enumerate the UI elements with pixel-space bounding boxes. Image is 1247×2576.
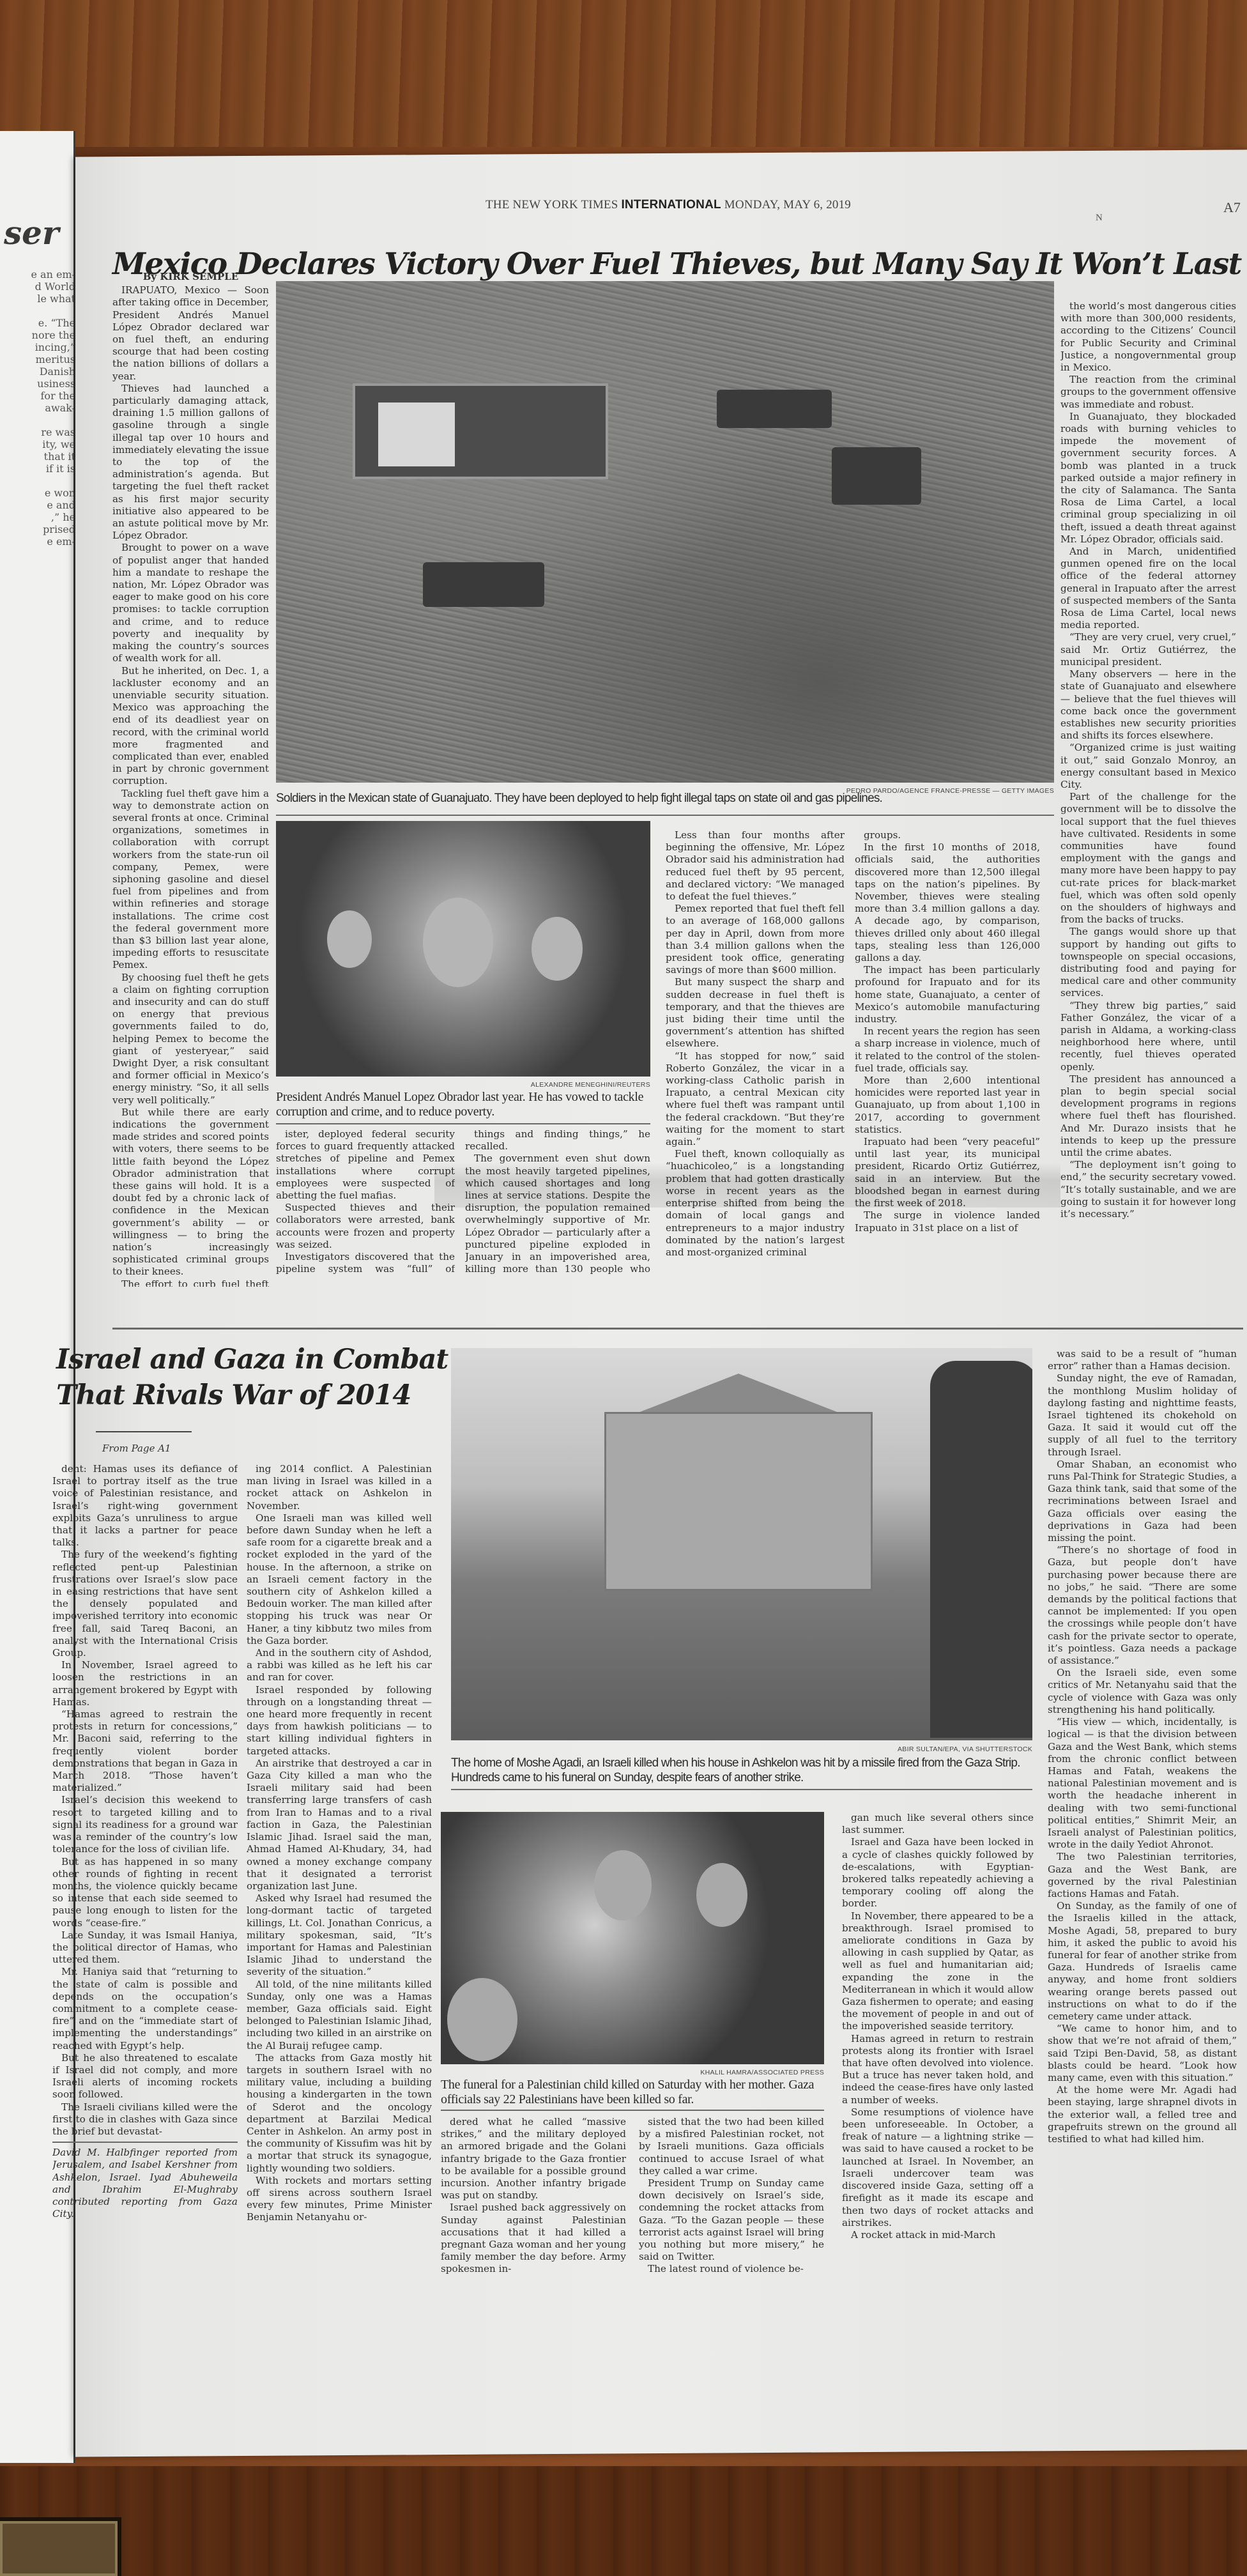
photo-credit-president: ALEXANDRE MENEGHINI/REUTERS [460,1081,650,1089]
facing-page-line: if it is [5,463,75,475]
facing-page-line: nore the [5,329,75,341]
article2-column-4: sisted that the two had been killed by a… [639,2116,824,2320]
paragraph: Less than four months after beginning th… [666,829,845,903]
paragraph: things and finding things,” he recalled. [465,1128,650,1153]
paragraph: dent: Hamas uses its defiance of Israel … [52,1463,238,1549]
paragraph: gan much like several others since last … [842,1812,1034,1836]
paragraph: And in March, unidentified gunmen opened… [1060,546,1236,631]
wooden-table-bottom [0,2466,1247,2576]
paragraph: Thieves had launched a particularly dama… [112,383,269,542]
paragraph: “His view — which, incidentally, is logi… [1048,1716,1237,1851]
paragraph: Tackling fuel theft gave him a way to de… [112,788,269,972]
paragraph: But as has happened in so many other rou… [52,1856,238,1929]
paragraph: sisted that the two had been killed by a… [639,2116,824,2177]
article2-headline: Israel and Gaza in Combat That Rivals Wa… [56,1342,452,1413]
photo-face [532,917,583,981]
paragraph: In recent years the region has seen a sh… [855,1025,1040,1075]
paragraph: Many observers — here in the state of Gu… [1060,668,1236,742]
paragraph: All told, of the nine militants killed S… [247,1979,432,2052]
paragraph: A rocket attack in mid-March [842,2229,1034,2241]
photo-caption-president: President Andrés Manuel Lopez Obrador la… [276,1090,653,1119]
photo-soldiers-guanajuato [276,281,1054,783]
article1-column-3: things and finding things,” he recalled.… [465,1128,650,1275]
photo-house-building [604,1412,873,1591]
floor-tile [0,2517,121,2576]
facing-page-line: Danish [5,365,75,378]
article2-column-3: dered what he called “massive strikes,” … [441,2116,626,2320]
photo-truck [717,390,832,428]
paragraph: The government even shut down the most h… [465,1153,650,1275]
facing-page-line: prised [5,523,75,535]
facing-page-line: e em- [5,535,75,548]
paragraph: Israel pushed back aggressively on Sunda… [441,2202,626,2275]
paragraph: With rockets and mortars setting off sir… [247,2175,432,2224]
paragraph: Brought to power on a wave of populist a… [112,542,269,664]
paragraph: IRAPUATO, Mexico — Soon after taking off… [112,284,269,383]
facing-page-line [5,475,75,487]
paragraph: Israel’s decision this weekend to resort… [52,1794,238,1855]
section-divider [112,1328,1243,1330]
paragraph: “It has stopped for now,” said Roberto G… [666,1050,845,1149]
paragraph: Hamas agreed in return to restrain prote… [842,2033,1034,2106]
article2-column-6: was said to be a result of “human error”… [1048,1348,1237,2345]
facing-page-line: for the [5,390,75,402]
photo-house-ashkelon [451,1348,1032,1740]
facing-page-line: incing,” [5,341,75,353]
photo-tree [930,1361,1032,1738]
facing-page-line: re was [5,426,75,438]
paragraph: The two Palestinian territories, Gaza an… [1048,1851,1237,1900]
article1-byline: By KIRK SEMPLE [112,271,269,283]
paragraph: “Hamas agreed to restrain the protests i… [52,1708,238,1794]
paragraph: The Israeli civilians killed were the fi… [52,2101,238,2138]
article2-column-5: gan much like several others since last … [842,1812,1034,2323]
facing-page-line [5,414,75,426]
paragraph: dered what he called “massive strikes,” … [441,2116,626,2202]
article1-column-4: Less than four months after beginning th… [666,829,845,1276]
paragraph: “We came to honor him, and to show that … [1048,2023,1237,2084]
paragraph: “The deployment isn’t going to end,” the… [1060,1159,1236,1220]
paragraph: Investigators discovered that the pipeli… [276,1251,455,1275]
paragraph: The gangs would shore up that support by… [1060,926,1236,999]
photo-funeral-gaza [441,1812,824,2064]
paragraph: “There’s no shortage of food in Gaza, bu… [1048,1544,1237,1667]
photo-credit-house: ABIR SULTAN/EPA, VIA SHUTTERSTOCK [830,1745,1032,1753]
paragraph: Suspected thieves and their collaborator… [276,1202,455,1251]
photo-truck [832,447,921,505]
facing-page-line: d World [5,280,75,293]
facing-page-line: e won [5,487,75,499]
paragraph: The impact has been particularly profoun… [855,964,1040,1025]
paragraph: More than 2,600 intentional homicides we… [855,1075,1040,1136]
article1-col1-body: IRAPUATO, Mexico — Soon after taking off… [112,284,269,1287]
article2-col1-body: dent: Hamas uses its defiance of Israel … [52,1463,238,2138]
issue-date: MONDAY, MAY 6, 2019 [724,198,851,211]
paragraph: In Guanajuato, they blockaded roads with… [1060,411,1236,546]
caption-rule [451,1789,1032,1790]
paragraph: Pemex reported that fuel theft fell to a… [666,903,845,976]
column-rule [52,2142,238,2143]
wooden-table-top [0,0,1247,147]
photo-face [423,898,493,987]
paper-name: THE NEW YORK TIMES [486,198,618,211]
paragraph: Sunday night, the eve of Ramadan, the mo… [1048,1372,1237,1458]
facing-page-line: le what [5,293,75,305]
facing-page-line: e. “The [5,317,75,329]
paragraph: Omar Shaban, an economist who runs Pal-T… [1048,1459,1237,1544]
paragraph: But many suspect the sharp and sudden de… [666,976,845,1050]
paragraph: At the home were Mr. Agadi had been stay… [1048,2084,1237,2145]
facing-page-line: e an em- [5,268,75,280]
paragraph: Late Sunday, it was Ismail Haniya, the p… [52,1929,238,1966]
photo-credit-funeral: KHALIL HAMRA/ASSOCIATED PRESS [658,2069,824,2076]
facing-page-line: usiness [5,378,75,390]
paragraph: In November, Israel agreed to loosen the… [52,1659,238,1708]
paragraph: The reaction from the criminal groups to… [1060,374,1236,411]
photo-truck [423,562,544,607]
paragraph: Israel and Gaza have been locked in a cy… [842,1836,1034,1910]
paragraph: Some resumptions of violence have been u… [842,2106,1034,2229]
facing-page-headline-fragment: ser [4,214,59,252]
facing-page-line: meritus [5,353,75,365]
paragraph: By choosing fuel theft he gets a claim o… [112,972,269,1107]
article2-column-2: ing 2014 conflict. A Palestinian man liv… [247,1463,432,2421]
photo-caption-house: The home of Moshe Agadi, an Israeli kill… [451,1756,1032,1785]
caption-rule [276,1123,650,1124]
photo-structure-roof [378,402,455,466]
paragraph: groups. [855,829,1040,841]
facing-page-line: ity, we [5,438,75,450]
article2-column-1: dent: Hamas uses its defiance of Israel … [52,1463,238,2421]
paragraph: Asked why Israel had resumed the long-do… [247,1892,432,1978]
paragraph: An airstrike that destroyed a car in Gaz… [247,1758,432,1892]
paragraph: ister, deployed federal security forces … [276,1128,455,1202]
paragraph: “They threw big parties,” said Father Go… [1060,1000,1236,1073]
paragraph: But while there are early indications th… [112,1107,269,1278]
paragraph: The fury of the weekend’s fighting refle… [52,1549,238,1659]
paragraph: The president has announced a plan to be… [1060,1073,1236,1159]
paragraph: In the first 10 months of 2018, official… [855,841,1040,964]
paragraph: The attacks from Gaza mostly hit targets… [247,2052,432,2175]
paragraph: Part of the challenge for the government… [1060,791,1236,926]
paragraph: the world’s most dangerous cities with m… [1060,300,1236,374]
article1-column-5: groups.In the first 10 months of 2018, o… [855,829,1040,1276]
photo-face [327,910,372,968]
photo-president-lopez-obrador [276,821,650,1077]
paragraph: The latest round of violence be- [639,2263,824,2275]
article2-tagline: David M. Halbfinger reported from Jerusa… [52,2147,238,2220]
photo-face [696,1863,747,1927]
article1-column-6: the world’s most dangerous cities with m… [1060,300,1236,1326]
paragraph: But he also threatened to escalate if Is… [52,2052,238,2101]
section-name: INTERNATIONAL [621,198,721,211]
paragraph: Mr. Haniya said that “returning to the s… [52,1966,238,2051]
photo-face [594,1850,652,1920]
paragraph: One Israeli man was killed well before d… [247,1512,432,1647]
facing-page-line: awak- [5,402,75,414]
caption-rule [441,2110,824,2111]
facing-page-line: that it [5,450,75,463]
paragraph: “Organized crime is just waiting it out,… [1060,742,1236,791]
page-number: A7 [1223,199,1241,216]
paragraph: On Sunday, as the family of one of the I… [1048,1900,1237,2023]
paragraph: Fuel theft, known colloquially as “huach… [666,1148,845,1259]
photo-caption-soldiers: Soldiers in the Mexican state of Guanaju… [276,791,915,806]
photo-caption-funeral: The funeral for a Palestinian child kill… [441,2078,827,2107]
paragraph: The effort to curb fuel theft began in l… [112,1278,269,1287]
article1-column-2: ister, deployed federal security forces … [276,1128,455,1275]
jump-rule [96,1431,192,1432]
paragraph: President Trump on Sunday came down deci… [639,2177,824,2263]
edition-marker: N [1096,213,1103,224]
facing-page-text: e an em-d Worldle what e. “Thenore thein… [5,268,75,548]
paragraph: In November, there appeared to be a brea… [842,1910,1034,2033]
photo-face [447,1978,517,2061]
paragraph: Israel responded by following through on… [247,1684,432,1758]
paragraph: On the Israeli side, even some critics o… [1048,1667,1237,1716]
paragraph: was said to be a result of “human error”… [1048,1348,1237,1372]
jump-line: From Page A1 [102,1443,171,1454]
paragraph: But he inherited, on Dec. 1, a lackluste… [112,665,269,788]
article1-headline: Mexico Declares Victory Over Fuel Thieve… [112,247,1247,282]
caption-rule [276,815,1054,816]
paragraph: “They are very cruel, very cruel,” said … [1060,631,1236,668]
article1-column-1: By KIRK SEMPLE IRAPUATO, Mexico — Soon a… [112,271,269,1287]
paragraph: Irapuato had been “very peaceful” until … [855,1136,1040,1209]
facing-page-line: ,” he [5,511,75,523]
facing-page-line [5,305,75,317]
paragraph: The surge in violence landed Irapuato in… [855,1209,1040,1234]
paragraph: And in the southern city of Ashdod, a ra… [247,1647,432,1684]
facing-page-line: e and [5,499,75,511]
folio-line: THE NEW YORK TIMES INTERNATIONAL MONDAY,… [486,198,851,212]
paragraph: ing 2014 conflict. A Palestinian man liv… [247,1463,432,1512]
